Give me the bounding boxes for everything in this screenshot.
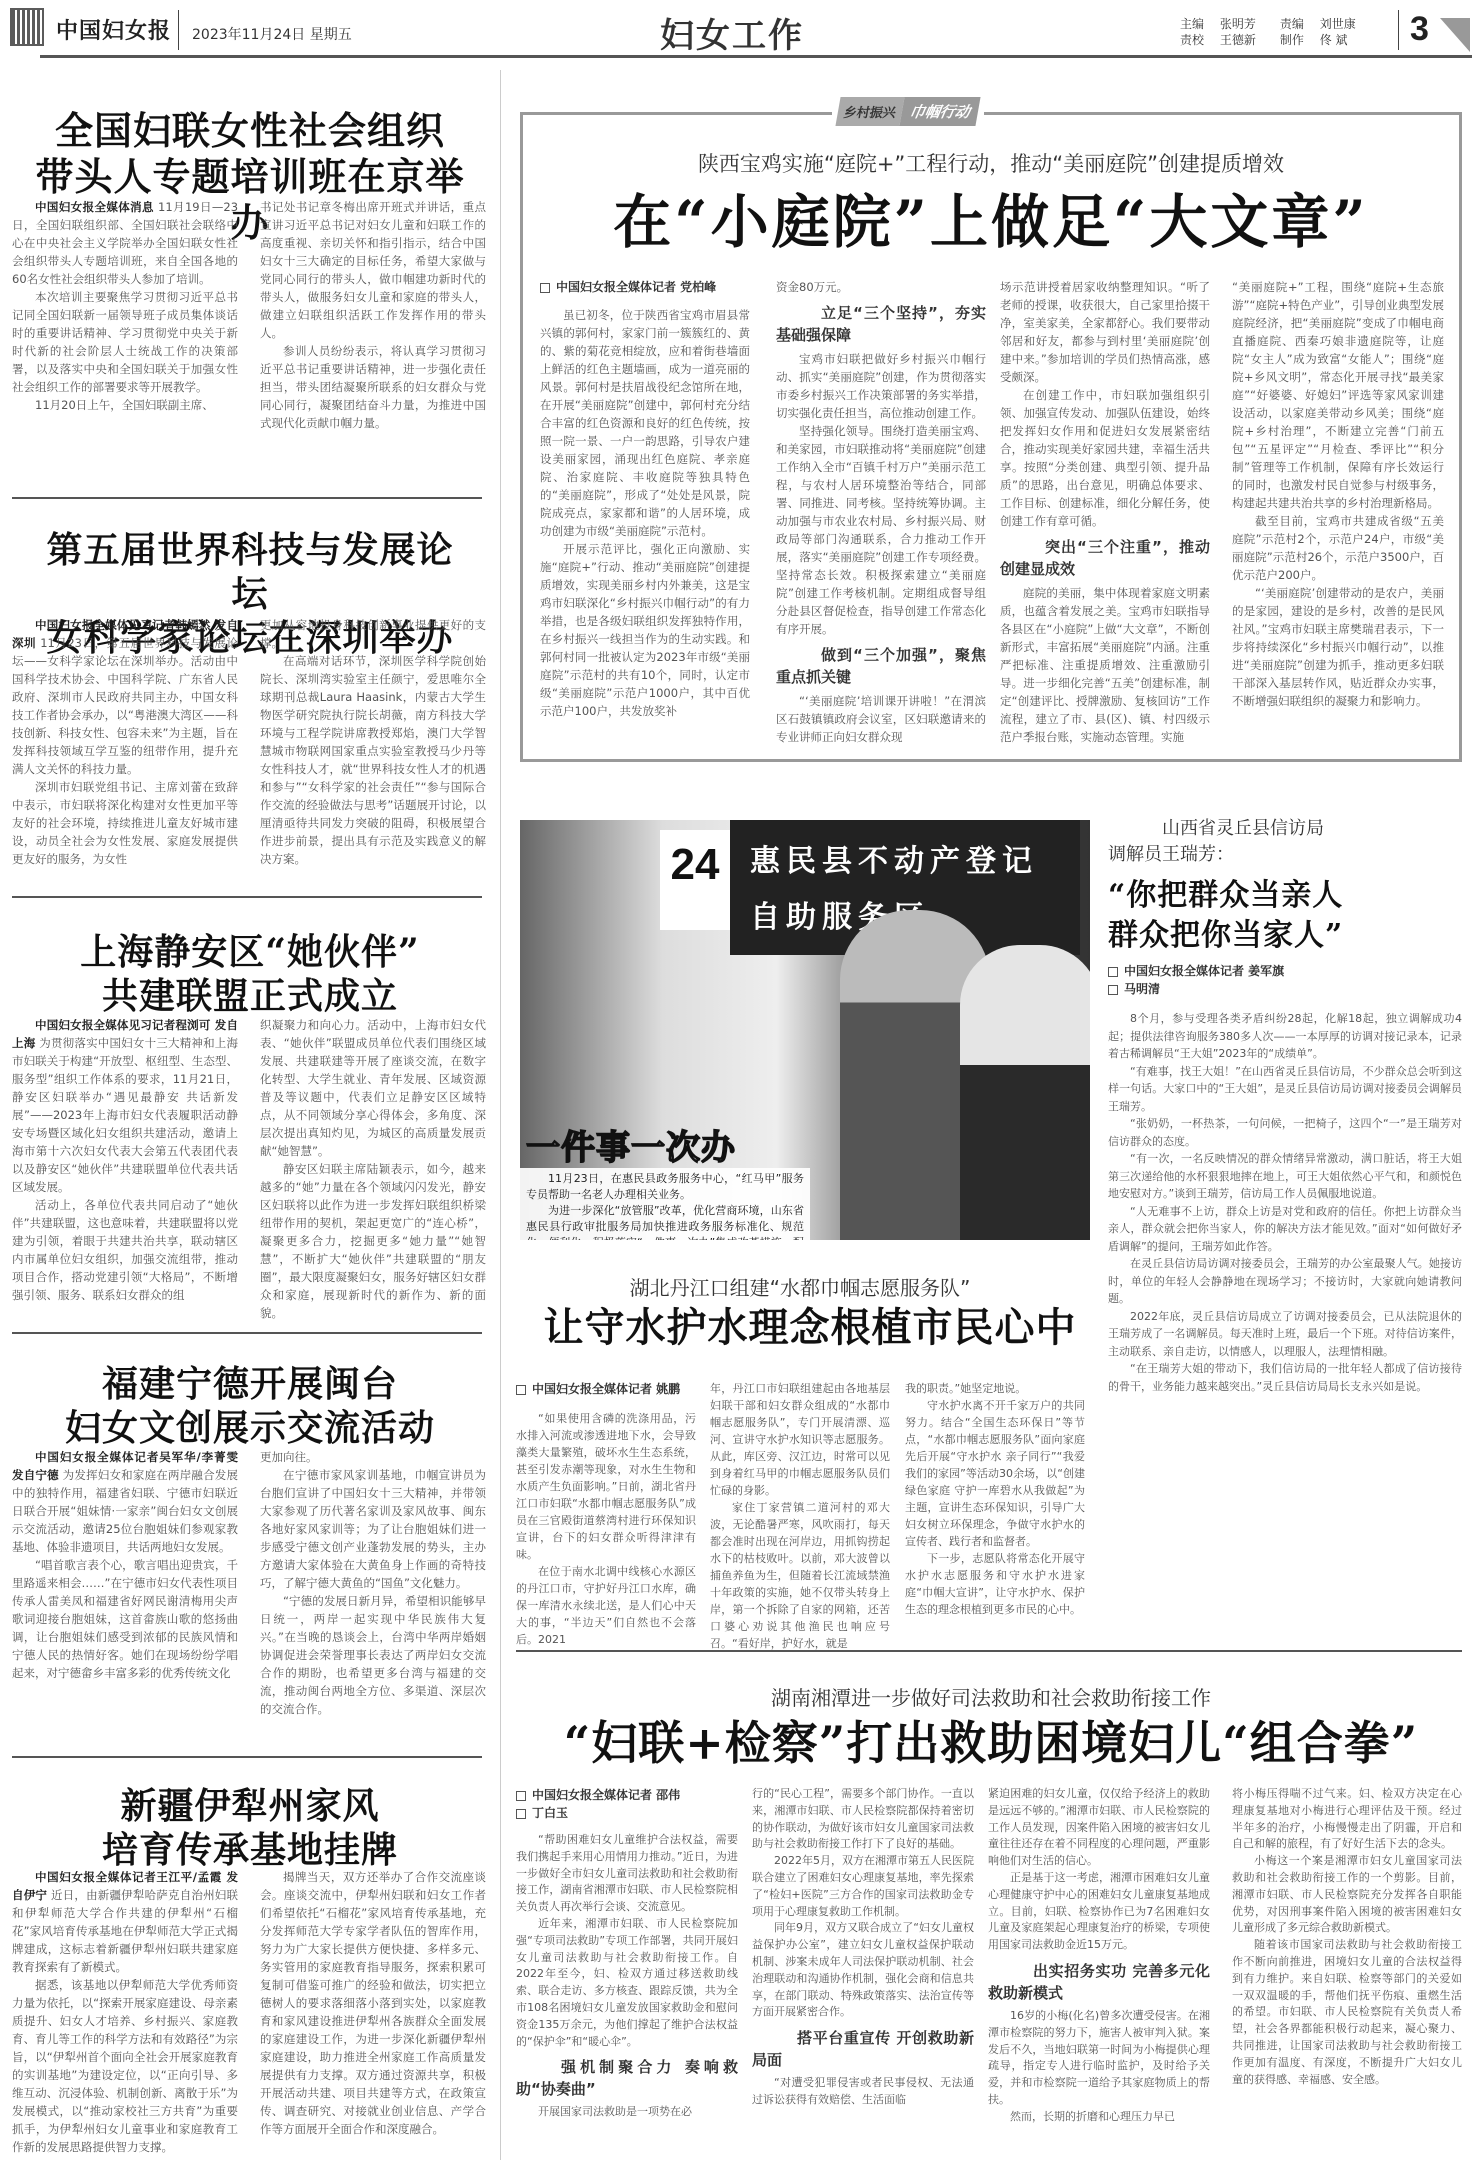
article-body-danjiangkou-col1: 中国妇女报全媒体记者 姚鹏 “如果使用含磷的洗涤用品，污水排入河流或渗透进地下水… [516, 1380, 696, 1648]
article-body-courtyard-col4: “美丽庭院+”工程，围绕“庭院+生态旅游”“庭院+特色产业”，引导创业典型发展庭… [1232, 278, 1444, 710]
editor-role: 制作 [1280, 33, 1304, 47]
reporter: 中国妇女报全媒体记者 姚鹏 [532, 1382, 680, 1396]
tag-label: 巾帼行动 [899, 97, 980, 126]
paragraph: 截至目前，宝鸡市共建成省级“五美庭院”示范村2个，示范户24户，市级“美丽庭院”… [1232, 512, 1444, 584]
paragraph: 在高端对话环节，深圳医学科学院创始院长、深圳湾实验室主任颜宁，爱思唯尔全球期刊总… [260, 652, 486, 868]
article-kicker-lingqiu: 山西省灵丘县信访局 调解员王瑞芳： [1108, 816, 1462, 868]
paragraph: “人无难事不上访，群众上访是对党和政府的信任。你把上访群众当亲人，群众就会把你当… [1108, 1203, 1462, 1256]
kicker-line: 山西省灵丘县信访局 [1108, 816, 1462, 842]
paragraph: 宝鸡市妇联把做好乡村振兴巾帼行动、抓实“美丽庭院”创建，作为贯彻落实市委乡村振兴… [776, 350, 986, 422]
title-line: 福建宁德开展闽台 [30, 1362, 470, 1406]
article-title-danjiangkou[interactable]: 让守水护水理念根植市民心中 [520, 1300, 1100, 1356]
paragraph: 深圳市妇联党组书记、主席刘蕾在致辞中表示，市妇联将深化构建对女性更加平等友好的社… [12, 778, 238, 868]
editor-role: 责校 [1180, 33, 1204, 47]
byline-box-icon [516, 1809, 526, 1819]
article-body-training-col2: 书记处书记章冬梅出席开班式并讲话，重点宣讲习近平总书记对妇女儿童和妇联工作的高度… [260, 198, 486, 432]
title-line: “你把群众当亲人 [1108, 876, 1462, 916]
title-line: 群众把你当家人” [1108, 916, 1462, 956]
article-body-forum-col1: 中国妇女报全媒体见习记者韩嫣然 发自深圳 11月23日，第五届世界科技与发展论坛… [12, 616, 238, 868]
paragraph: “宁德的发展日新月异，希望相识能够早日统一，两岸一起实现中华民族伟大复兴。”在当… [260, 1592, 486, 1718]
byline-box-icon [1108, 985, 1118, 995]
photo-caption: 11月23日，在惠民县政务服务中心，“红马甲”服务专员帮助一名老人办理相关业务。… [520, 1168, 810, 1240]
paragraph: 为贯彻落实中国妇女十三大精神和上海市妇联关于构建“开放型、枢纽型、生态型、服务型… [12, 1036, 238, 1194]
article-title-xiangtan[interactable]: “妇联+检察”打出救助困境妇儿“组合拳” [520, 1712, 1462, 1774]
paragraph: 在灵丘县信访局访调对接委员会，王瑞芳的办公室最聚人气。她接访时，单位的年轻人会静… [1108, 1255, 1462, 1308]
title-line: 妇女文创展示交流活动 [30, 1406, 470, 1450]
page-number: 3 [1410, 10, 1429, 49]
paragraph: 场示范讲授着居家收纳整理知识。“听了老师的授课，收获很大，自己家里拾掇干净，室美… [1000, 278, 1210, 386]
paragraph: 更加向往。 [260, 1448, 486, 1466]
subheading: 突出“三个注重”，推动创建显成效 [1000, 536, 1210, 580]
paragraph: 守水护水离不开千家万户的共同努力。结合“全国生态环保日”等节点，“水都巾帼志愿服… [905, 1397, 1085, 1550]
masthead: 中国妇女报 2023年11月24日 星期五 妇女工作 主编 张明芳责编 刘世康 … [0, 0, 1472, 58]
paragraph: “对遭受犯罪侵害或者民事侵权、无法通过诉讼获得有效赔偿、生活面临 [752, 2075, 974, 2109]
reporter: 中国妇女报全媒体记者 邵伟 [532, 1788, 680, 1802]
paragraph: 紧迫困难的妇女儿童，仅仅给予经济上的救助是远远不够的。”湘潭市妇联、市人民检察院… [988, 1786, 1210, 1870]
qr-code-icon[interactable] [10, 8, 44, 46]
article-body-xiangtan-col1: 中国妇女报全媒体记者 邵伟 丁白玉 “帮助困难妇女儿童维护合法权益，需要我们携起… [516, 1786, 738, 2121]
paragraph: 参训人员纷纷表示，将认真学习贯彻习近平总书记重要讲话精神，进一步强化责任担当，带… [260, 342, 486, 432]
elderly-woman-figure [960, 945, 1090, 1240]
subheading: 搭平台重宣传 开创救助新局面 [752, 2027, 974, 2071]
editor-name: 张明芳 [1220, 17, 1256, 31]
byline: 中国妇女报全媒体记者 姚鹏 [516, 1380, 696, 1398]
article-body-courtyard-col3: 场示范讲授着居家收纳整理知识。“听了老师的授课，收获很大，自己家里拾掇干净，室美… [1000, 278, 1210, 746]
editor-credits: 主编 张明芳责编 刘世康 责校 王德新制作 佟 斌 [1180, 16, 1380, 48]
paragraph: 开展示范评比，强化正向激励、实施“庭院+”行动、推动“美丽庭院”创建提质增效，实… [540, 540, 750, 720]
paragraph: “‘美丽庭院’创建带动的是农户，美丽的是家园，建设的是乡村，改善的是民风社风。”… [1232, 584, 1444, 710]
tag-label: 乡村振兴 [835, 97, 904, 126]
article-body-courtyard-col1: 中国妇女报全媒体记者 党柏峰 虽已初冬，位于陕西省宝鸡市眉县常兴镇的郭何村，家家… [540, 278, 750, 720]
subheading: 强机制聚合力 奏响救助“协奏曲” [516, 2056, 738, 2100]
paragraph: 2022年5月，双方在湘潭市第五人民医院联合建立了困难妇女心理康复基地，率先探索… [752, 1853, 974, 1920]
article-body-ningde-col1: 中国妇女报全媒体记者吴军华/李菁雯 发自宁德 为发挥妇女和家庭在两岸融合发展中的… [12, 1448, 238, 1682]
newspaper-logo: 中国妇女报 [56, 14, 171, 45]
paragraph: 虽已初冬，位于陕西省宝鸡市眉县常兴镇的郭何村，家家门前一簇簇红的、黄的、紫的菊花… [540, 306, 750, 540]
title-line: 全国妇联女性社会组织 [30, 108, 470, 154]
paragraph: 11月23日，第五届世界科技与发展论坛——女科学家论坛在深圳举办。活动由中国科学… [12, 636, 238, 776]
paragraph: 开展国家司法救助是一项势在必 [516, 2104, 738, 2121]
paragraph: 坚持强化领导。围绕打造美丽宝鸡、和美家园，市妇联推动将“美丽庭院”创建工作纳入全… [776, 422, 986, 638]
kicker-line: 调解员王瑞芳： [1108, 842, 1462, 868]
masthead-rule [40, 55, 1472, 58]
paragraph: 更加从容地投身科技创新事业提供更好的支撑。 [260, 616, 486, 652]
byline-box-icon [540, 283, 550, 293]
article-body-forum-col2: 更加从容地投身科技创新事业提供更好的支撑。 在高端对话环节，深圳医学科学院创始院… [260, 616, 486, 868]
editor-name: 佟 斌 [1320, 33, 1348, 47]
divider [1398, 10, 1399, 50]
paragraph: “张奶奶，一杯热茶，一句问候，一把椅子，这四个“一”是王瑞芳对信访群众的态度。 [1108, 1115, 1462, 1150]
paragraph: 然而，长期的折磨和心理压力早已 [988, 2109, 1210, 2126]
paragraph: 揭牌当天，双方还举办了合作交流座谈会。座谈交流中，伊犁州妇联和妇女工作者们希望依… [260, 1868, 486, 2138]
article-kicker-danjiangkou: 湖北丹江口组建“水都巾帼志愿服务队” [520, 1272, 1080, 1301]
article-body-danjiangkou-col2: 年，丹江口市妇联组建起由各地基层妇联干部和妇女群众组成的“水都巾帼志愿服务队”，… [710, 1380, 890, 1652]
paragraph: 在创建工作中，市妇联加强组织引领、加强宣传发动、加强队伍建设，始终把发挥妇女作用… [1000, 386, 1210, 530]
photo-slogan: 一件事一次办 [526, 1120, 736, 1169]
paragraph: 静安区妇联主席陆颖表示，如今，越来越多的“她”力量在各个领域闪闪发光，静安区妇联… [260, 1160, 486, 1322]
article-body-xiangtan-col4: 将小梅压得喘不过气来。妇、检双方决定在心理康复基地对小梅进行心理评估及干预。经过… [1232, 1786, 1462, 2088]
article-body-training-col1: 中国妇女报全媒体消息 11月19日—23日，全国妇联组织部、全国妇联社会联络中心… [12, 198, 238, 414]
title-line: 新疆伊犁州家风 [30, 1784, 470, 1828]
paragraph: 家住丁家营镇二道河村的邓大波，无论酷暑严寒，风吹雨打，每天都会准时出现在河岸边，… [710, 1499, 890, 1652]
paragraph: “在王瑞芳大姐的带动下，我们信访局的一批年轻人都成了信访接待的骨干，业务能力越来… [1108, 1360, 1462, 1395]
24-hour-badge: 24 [660, 830, 730, 930]
byline: 马明清 [1108, 980, 1462, 998]
subheading: 立足“三个坚持”，夯实基础强保障 [776, 302, 986, 346]
paragraph: 将小梅压得喘不过气来。妇、检双方决定在心理康复基地对小梅进行心理评估及干预。经过… [1232, 1786, 1462, 1853]
paragraph: 书记处书记章冬梅出席开班式并讲话，重点宣讲习近平总书记对妇女儿童和妇联工作的高度… [260, 198, 486, 342]
paragraph: “有难事，找王大姐！”在山西省灵丘县信访局，不少群众总会听到这样一句话。大家口中… [1108, 1063, 1462, 1116]
article-body-yili-col1: 中国妇女报全媒体记者王江平/孟霞 发自伊宁 近日，由新疆伊犁哈萨克自治州妇联和伊… [12, 1868, 238, 2156]
column-tag: 乡村振兴 巾帼行动 [832, 96, 984, 126]
article-body-courtyard-col2: 资金80万元。 立足“三个坚持”，夯实基础强保障 宝鸡市妇联把做好乡村振兴巾帼行… [776, 278, 986, 746]
paragraph: 据悉，该基地以伊犁师范大学优秀师资力量为依托，以“探索开展家庭建设、母亲素质提升… [12, 1976, 238, 2156]
paragraph: 在宁德市家风家训基地，巾帼宣讲员为台胞们宣讲了中国妇女十三大精神，并带领大家参观… [260, 1466, 486, 1592]
editor-role: 主编 [1180, 17, 1204, 31]
issue-date: 2023年11月24日 星期五 [192, 24, 352, 44]
article-body-yili-col2: 揭牌当天，双方还举办了合作交流座谈会。座谈交流中，伊犁州妇联和妇女工作者们希望依… [260, 1868, 486, 2138]
article-divider [12, 1332, 482, 1334]
paragraph: 16岁的小梅(化名)曾多次遭受侵害。在湘潭市检察院的努力下，施害人被审判入狱。案… [988, 2008, 1210, 2109]
article-body-ningde-col2: 更加向往。 在宁德市家风家训基地，巾帼宣讲员为台胞们宣讲了中国妇女十三大精神，并… [260, 1448, 486, 1718]
reporter: 马明清 [1124, 982, 1160, 996]
paragraph: 小梅这一个案是湘潭市妇女儿童国家司法救助和社会救助衔接工作的一个剪影。目前，湘潭… [1232, 1853, 1462, 1937]
article-body-jingan-col1: 中国妇女报全媒体见习记者程浏可 发自上海 为贯彻落实中国妇女十三大精神和上海市妇… [12, 1016, 238, 1304]
paragraph: “如果使用含磷的洗涤用品，污水排入河流或渗透进地下水，会导致藻类大量繁殖，破坏水… [516, 1410, 696, 1563]
title-line: 第五届世界科技与发展论坛 [30, 528, 470, 616]
paragraph: 8个月，参与受理各类矛盾纠纷28起，化解18起，独立调解成功4起；提供法律咨询服… [1108, 1010, 1462, 1063]
article-divider [12, 1756, 482, 1758]
paragraph: 下一步，志愿队将常态化开展守水护水志愿服务和守水护水进家庭“巾帼大宣讲”，让守水… [905, 1550, 1085, 1618]
article-body-danjiangkou-col3: 我的职责。”她坚定地说。 守水护水离不开千家万户的共同努力。结合“全国生态环保日… [905, 1380, 1085, 1618]
reporter: 中国妇女报全媒体记者 党柏峰 [556, 280, 716, 294]
section-title: 妇女工作 [660, 8, 804, 57]
caption-text: 为进一步深化“放管服”改革，优化营商环境，山东省惠民县行政审批服务局加快推进政务… [526, 1203, 804, 1240]
paragraph: 年，丹江口市妇联组建起由各地基层妇联干部和妇女群众组成的“水都巾帼志愿服务队”，… [710, 1380, 890, 1499]
article-body-xiangtan-col3: 紧迫困难的妇女儿童，仅仅给予经济上的救助是远远不够的。”湘潭市妇联、市人民检察院… [988, 1786, 1210, 2126]
paragraph: 正是基于这一考虑，湘潭市困难妇女儿童心理健康守护中心的困难妇女儿童康复基地成立。… [988, 1870, 1210, 1954]
paragraph: “有一次，一名反映情况的群众情绪异常激动，满口脏话，将王大姐第三次递给他的水杯狠… [1108, 1150, 1462, 1203]
subheading: 出实招务实功 完善多元化救助新模式 [988, 1960, 1210, 2004]
article-body-jingan-col2: 织凝聚力和向心力。活动中，上海市妇女代表、“她伙伴”联盟成员单位代表们围绕区域发… [260, 1016, 486, 1322]
byline: 中国妇女报全媒体记者 党柏峰 [540, 278, 750, 296]
paragraph: “唱首歌言表个心，歌言唱出迎贵宾，千里路遥来相会……”在宁德市妇女代表性项目传承… [12, 1556, 238, 1682]
paragraph: 庭院的美丽，集中体现着家庭文明素质，也蕴含着发展之美。宝鸡市妇联指导各县区在“小… [1000, 584, 1210, 746]
paragraph: 同年9月，双方又联合成立了“妇女儿童权益保护办公室”，建立妇女儿童权益保护联动机… [752, 1920, 974, 2021]
article-kicker-courtyard: 陕西宝鸡实施“庭院+”工程行动，推动“美丽庭院”创建提质增效 [520, 148, 1462, 178]
article-title-ningde[interactable]: 福建宁德开展闽台 妇女文创展示交流活动 [30, 1362, 470, 1450]
dateline: 中国妇女报全媒体消息 [35, 200, 154, 214]
article-title-jingan[interactable]: 上海静安区“她伙伴” 共建联盟正式成立 [30, 930, 470, 1018]
paragraph: 11月20日上午，全国妇联副主席、 [12, 396, 238, 414]
paragraph: 资金80万元。 [776, 278, 986, 296]
paragraph: 行的“民心工程”，需要多个部门协作。一直以来，湘潭市妇联、市人民检察院都保持着密… [752, 1786, 974, 1853]
caption-text: 11月23日，在惠民县政务服务中心，“红马甲”服务专员帮助一名老人办理相关业务。 [526, 1171, 804, 1203]
article-divider [516, 1650, 1462, 1652]
editor-role: 责编 [1280, 17, 1304, 31]
article-title-courtyard[interactable]: 在“小庭院”上做足“大文章” [520, 186, 1462, 258]
paragraph: 我的职责。”她坚定地说。 [905, 1380, 1085, 1397]
paragraph: 活动上，各单位代表共同启动了“她伙伴”共建联盟，这也意味着，共建联盟将以党建为引… [12, 1196, 238, 1304]
news-photo[interactable]: 24 惠民县不动产登记 自助服务区 一件事一次办 11月23日，在惠民县政务服务… [520, 820, 1090, 1240]
paragraph: “‘美丽庭院’培训课开讲啦！”在渭滨区石鼓镇镇政府会议室，区妇联邀请来的专业讲师… [776, 692, 986, 746]
sign-text: 惠民县不动产登记 [750, 834, 1060, 890]
paragraph: 2022年底，灵丘县信访局成立了访调对接委员会，已从法院退休的王瑞芳成了一名调解… [1108, 1308, 1462, 1361]
paragraph: “美丽庭院+”工程，围绕“庭院+生态旅游”“庭院+特色产业”，引导创业典型发展庭… [1232, 278, 1444, 512]
reporter: 中国妇女报全媒体记者 姜军旗 [1124, 964, 1284, 978]
article-divider [12, 896, 482, 898]
column-divider [500, 70, 501, 2160]
byline: 中国妇女报全媒体记者 姜军旗 [1108, 962, 1462, 980]
divider [178, 10, 179, 50]
article-title-lingqiu[interactable]: “你把群众当亲人 群众把你当家人” [1108, 876, 1462, 956]
article-body-lingqiu: 中国妇女报全媒体记者 姜军旗 马明清 8个月，参与受理各类矛盾纠纷28起，化解1… [1108, 962, 1462, 1395]
title-line: 培育传承基地挂牌 [30, 1828, 470, 1872]
paragraph: 在位于南水北调中线核心水源区的丹江口市，守护好丹江口水库，确保一库清水永续北送，… [516, 1563, 696, 1648]
byline: 中国妇女报全媒体记者 邵伟 [516, 1786, 738, 1804]
editor-name: 王德新 [1220, 33, 1256, 47]
article-title-yili[interactable]: 新疆伊犁州家风 培育传承基地挂牌 [30, 1784, 470, 1872]
paragraph: 随着该市国家司法救助与社会救助衔接工作不断向前推进，困境妇女儿童的合法权益得到有… [1232, 1937, 1462, 2088]
reporter: 丁白玉 [532, 1806, 568, 1820]
page-corner-icon [1440, 18, 1470, 52]
paragraph: 本次培训主要聚焦学习贯彻习近平总书记同全国妇联新一届领导班子成员集体谈话时的重要… [12, 288, 238, 396]
byline-box-icon [516, 1791, 526, 1801]
byline-box-icon [516, 1385, 526, 1395]
byline: 丁白玉 [516, 1804, 738, 1822]
editor-name: 刘世康 [1320, 17, 1356, 31]
subheading: 做到“三个加强”，聚焦重点抓关键 [776, 644, 986, 688]
paragraph: 近年来，湘潭市妇联、市人民检察院加强“专项司法救助”专项工作部署，共同开展妇女儿… [516, 1916, 738, 2050]
paragraph: 织凝聚力和向心力。活动中，上海市妇女代表、“她伙伴”联盟成员单位代表们围绕区域发… [260, 1016, 486, 1160]
article-divider [12, 497, 482, 499]
article-kicker-xiangtan: 湖南湘潭进一步做好司法救助和社会救助衔接工作 [520, 1682, 1462, 1711]
byline-box-icon [1108, 967, 1118, 977]
paragraph: “帮助困难妇女儿童维护合法权益，需要我们携起手来用心用情用力推动。”近日，为进一… [516, 1832, 738, 1916]
title-line: 上海静安区“她伙伴” [30, 930, 470, 974]
title-line: 共建联盟正式成立 [30, 974, 470, 1018]
article-body-xiangtan-col2: 行的“民心工程”，需要多个部门协作。一直以来，湘潭市妇联、市人民检察院都保持着密… [752, 1786, 974, 2109]
